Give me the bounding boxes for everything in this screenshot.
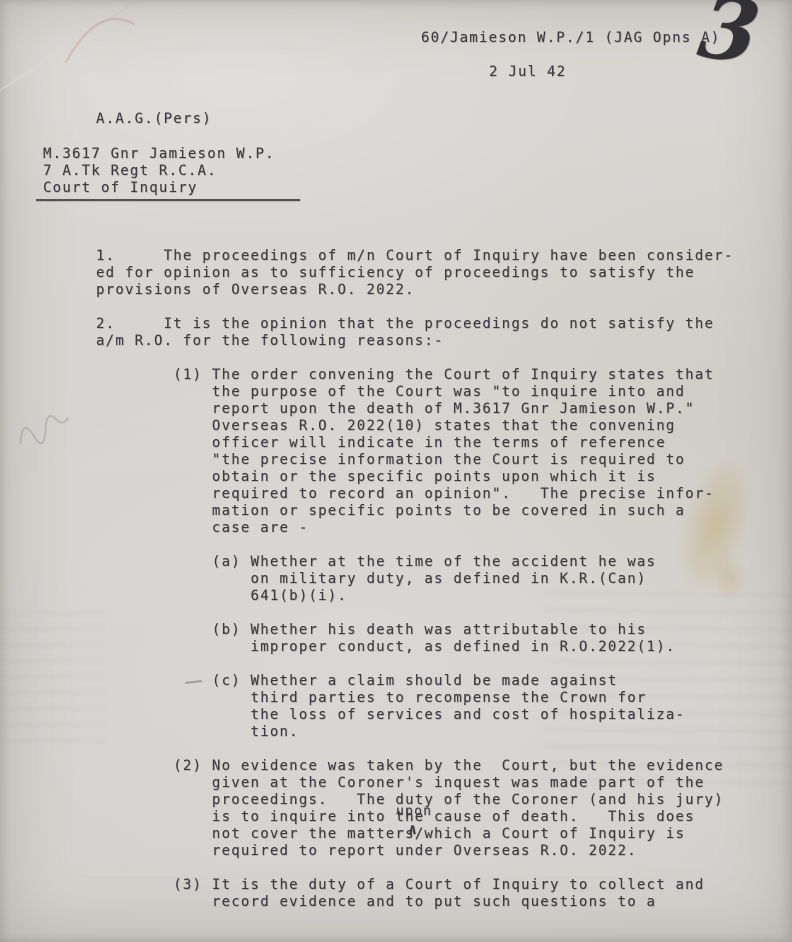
pencil-squiggle-mark — [4, 384, 94, 474]
red-pencil-arc-mark — [58, 0, 142, 68]
insertion-caret-icon: ∧ — [408, 821, 418, 838]
date-line: 2 Jul 42 — [489, 64, 566, 81]
subject-underline — [36, 199, 300, 201]
inserted-word: upon — [396, 803, 432, 820]
handwritten-page-number: 3 — [694, 0, 765, 74]
file-reference: 60/Jamieson W.P./1 (JAG Opns A) — [421, 30, 720, 47]
bleedthrough-text-ghost-left — [0, 612, 105, 742]
subject-block: M.3617 Gnr Jamieson W.P. 7 A.Tk Regt R.C… — [43, 146, 275, 197]
addressee-line: A.A.G.(Pers) — [96, 111, 212, 128]
document-page: 60/Jamieson W.P./1 (JAG Opns A) 2 Jul 42… — [0, 0, 792, 942]
